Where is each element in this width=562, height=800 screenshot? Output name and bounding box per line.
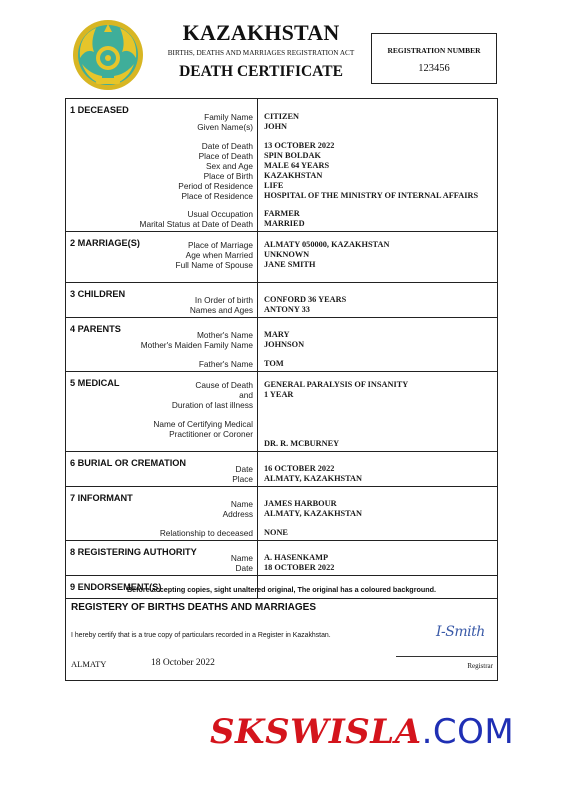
father-name-value: TOM bbox=[264, 359, 491, 369]
original-notice: Before accepting copies, sight unaltered… bbox=[66, 585, 497, 594]
field-label: Period of Residence bbox=[70, 181, 253, 191]
section-parents: 4 PARENTS Mother's Name Mother's Maiden … bbox=[66, 318, 497, 372]
act-subtitle: BIRTHS, DEATHS AND MARRIAGES REGISTRATIO… bbox=[150, 49, 372, 57]
field-label: Place of Death bbox=[70, 151, 253, 161]
mother-name-value: MARY bbox=[264, 330, 491, 340]
registration-number-label: REGISTRATION NUMBER bbox=[372, 46, 496, 55]
section-title: 6 BURIAL OR CREMATION bbox=[70, 458, 186, 468]
spouse-value: JANE SMITH bbox=[264, 260, 491, 270]
child-2-value: ANTONY 33 bbox=[264, 305, 491, 315]
registrar-signature: I-Smith bbox=[436, 624, 485, 640]
registration-number: 123456 bbox=[372, 63, 496, 74]
section-medical: 5 MEDICAL Cause of Death and Duration of… bbox=[66, 372, 497, 452]
informant-address-value: ALMATY, KAZAKHSTAN bbox=[264, 509, 491, 519]
marriage-age-value: UNKNOWN bbox=[264, 250, 491, 260]
field-label: Practitioner or Coroner bbox=[70, 429, 253, 439]
registry-title: REGISTERY OF BIRTHS DEATHS AND MARRIAGES bbox=[71, 602, 316, 613]
informant-name-value: JAMES HARBOUR bbox=[264, 499, 491, 509]
illness-duration-value: 1 YEAR bbox=[264, 390, 491, 400]
field-label: Place bbox=[70, 474, 253, 484]
section-title: 4 PARENTS bbox=[70, 324, 121, 334]
certificate-title: DEATH CERTIFICATE bbox=[150, 63, 372, 81]
registration-number-box: REGISTRATION NUMBER 123456 bbox=[371, 33, 497, 84]
field-label: Names and Ages bbox=[70, 305, 253, 315]
certificate-footer: Before accepting copies, sight unaltered… bbox=[65, 572, 498, 681]
date-of-death-value: 13 OCTOBER 2022 bbox=[264, 141, 491, 151]
field-label: Usual Occupation bbox=[70, 209, 253, 219]
child-1-value: CONFORD 36 YEARS bbox=[264, 295, 491, 305]
authority-name-value: A. HASENKAMP bbox=[264, 553, 491, 563]
family-name-value: CITIZEN bbox=[264, 112, 491, 122]
field-label: Full Name of Spouse bbox=[70, 260, 253, 270]
field-label: Marital Status at Date of Death bbox=[70, 219, 253, 229]
field-label: Place of Residence bbox=[70, 191, 253, 201]
field-label: Date of Death bbox=[70, 141, 253, 151]
field-label: Given Name(s) bbox=[70, 122, 253, 132]
occupation-value: FARMER bbox=[264, 209, 491, 219]
certifier-value: DR. R. MCBURNEY bbox=[264, 439, 491, 449]
section-burial: 6 BURIAL OR CREMATION Date Place 16 OCTO… bbox=[66, 452, 497, 487]
section-informant: 7 INFORMANT Name Address Relationship to… bbox=[66, 487, 497, 541]
relationship-value: NONE bbox=[264, 528, 491, 538]
sex-age-value: MALE 64 YEARS bbox=[264, 161, 491, 171]
section-title: 7 INFORMANT bbox=[70, 493, 133, 503]
certification-text: I hereby certify that is a true copy of … bbox=[71, 631, 331, 641]
field-label: Name of Certifying Medical bbox=[70, 419, 253, 429]
watermark: SKSWISLA.COM bbox=[210, 712, 514, 752]
section-children: 3 CHILDREN In Order of birth Names and A… bbox=[66, 283, 497, 318]
watermark-blue-text: .COM bbox=[422, 712, 515, 752]
section-title: 3 CHILDREN bbox=[70, 289, 125, 299]
field-label: Duration of last illness bbox=[70, 400, 253, 410]
field-label: Age when Married bbox=[70, 250, 253, 260]
signature-line bbox=[396, 656, 497, 657]
field-label: and bbox=[70, 390, 253, 400]
period-residence-value: LIFE bbox=[264, 181, 491, 191]
section-deceased: 1 DECEASED Family Name Given Name(s) Dat… bbox=[66, 99, 497, 232]
given-names-value: JOHN bbox=[264, 122, 491, 132]
state-emblem-icon bbox=[68, 18, 148, 92]
section-title: 8 REGISTERING AUTHORITY bbox=[70, 547, 197, 557]
mother-maiden-value: JOHNSON bbox=[264, 340, 491, 350]
burial-date-value: 16 OCTOBER 2022 bbox=[264, 464, 491, 474]
burial-place-value: ALMATY, KAZAKHSTAN bbox=[264, 474, 491, 484]
field-label: Place of Birth bbox=[70, 171, 253, 181]
cause-of-death-value: GENERAL PARALYSIS OF INSANITY bbox=[264, 380, 491, 390]
certificate-table: 1 DECEASED Family Name Given Name(s) Dat… bbox=[65, 98, 498, 599]
field-label: Address bbox=[70, 509, 253, 519]
country-title: KAZAKHSTAN bbox=[150, 20, 372, 46]
place-of-birth-value: KAZAKHSTAN bbox=[264, 171, 491, 181]
section-marriage: 2 MARRIAGE(S) Place of Marriage Age when… bbox=[66, 232, 497, 283]
field-label: Sex and Age bbox=[70, 161, 253, 171]
field-label: Relationship to deceased bbox=[70, 528, 253, 538]
place-of-death-value: SPIN BOLDAK bbox=[264, 151, 491, 161]
field-label: Father's Name bbox=[70, 359, 253, 369]
section-registering-authority: 8 REGISTERING AUTHORITY Name Date A. HAS… bbox=[66, 541, 497, 576]
place-residence-value: HOSPITAL OF THE MINISTRY OF INTERNAL AFF… bbox=[264, 191, 491, 201]
marriage-place-value: ALMATY 050000, KAZAKHSTAN bbox=[264, 240, 491, 250]
marital-status-value: MARRIED bbox=[264, 219, 491, 229]
section-title: 1 DECEASED bbox=[70, 105, 129, 115]
issue-place: ALMATY bbox=[71, 659, 106, 669]
watermark-red-text: SKSWISLA bbox=[210, 712, 422, 752]
section-title: 5 MEDICAL bbox=[70, 378, 120, 388]
section-title: 2 MARRIAGE(S) bbox=[70, 238, 140, 248]
registrar-label: Registrar bbox=[467, 662, 493, 670]
field-label: Mother's Maiden Family Name bbox=[70, 340, 253, 350]
issue-date: 18 October 2022 bbox=[151, 658, 215, 668]
